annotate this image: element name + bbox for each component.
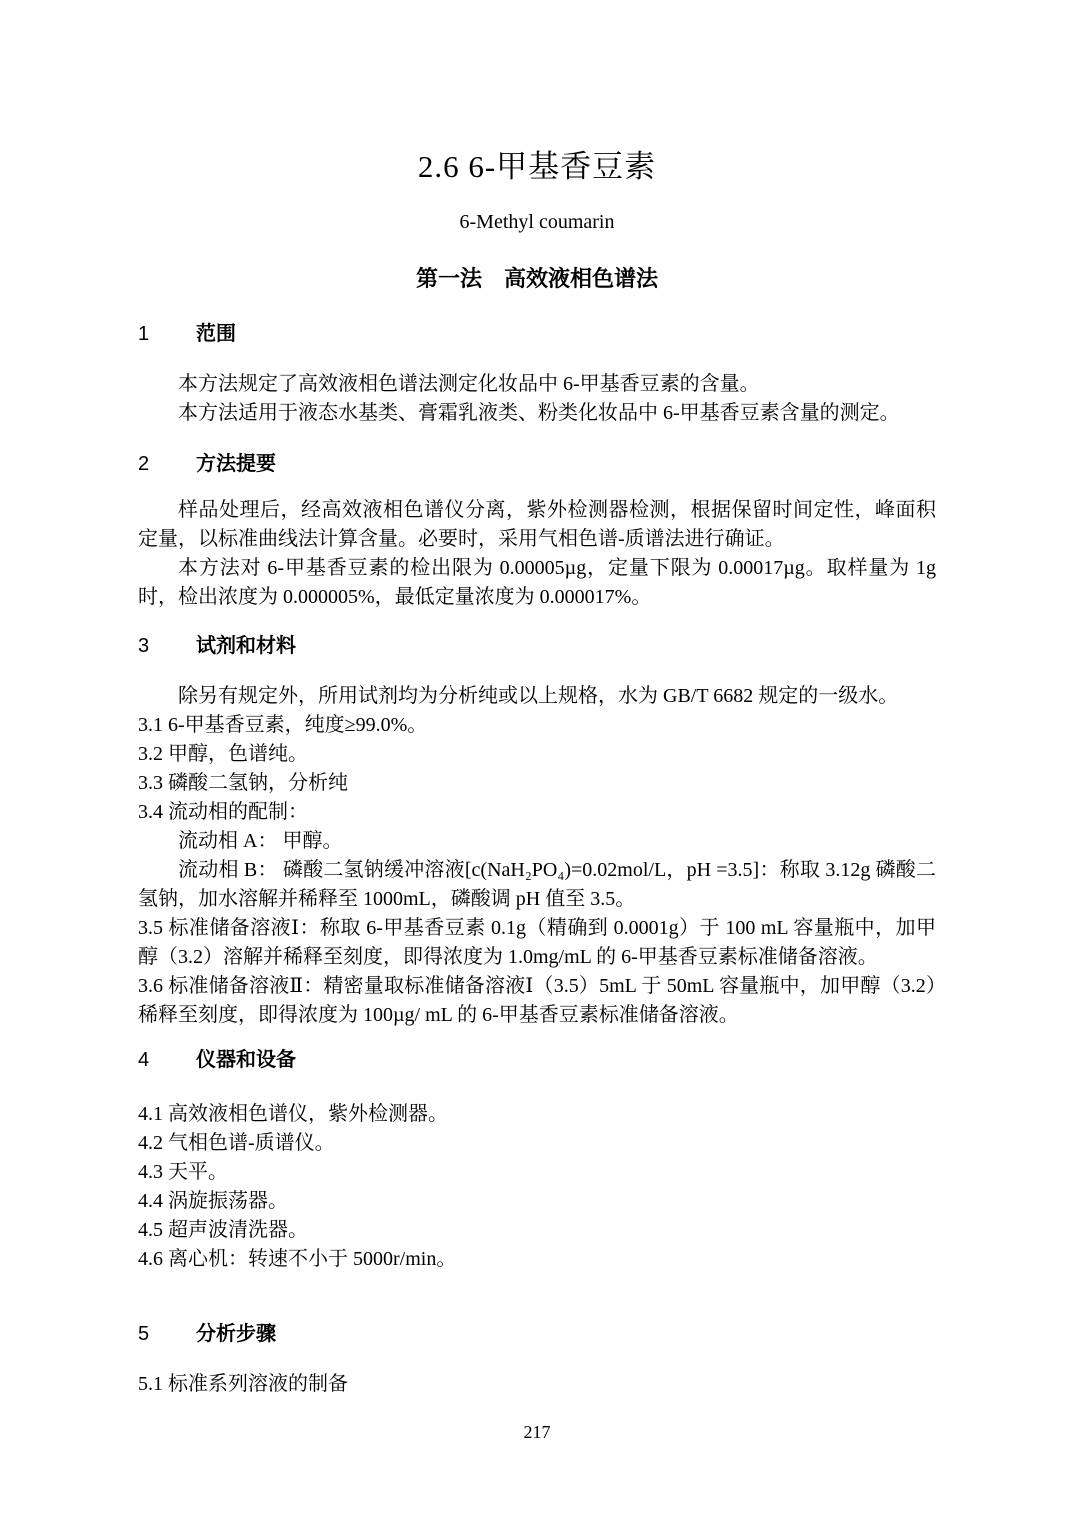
section-4-heading: 4仪器和设备: [138, 1046, 936, 1074]
section-3-number: 3: [138, 632, 196, 660]
list-item: 4.5 超声波清洗器。: [138, 1216, 936, 1245]
document-title: 2.6 6-甲基香豆素: [138, 146, 936, 188]
paragraph: 本方法适用于液态水基类、膏霜乳液类、粉类化妆品中 6-甲基香豆素含量的测定。: [138, 399, 936, 428]
section-2-number: 2: [138, 450, 196, 478]
document-subtitle: 6-Methyl coumarin: [138, 208, 936, 236]
document-page: 2.6 6-甲基香豆素 6-Methyl coumarin 第一法 高效液相色谱…: [0, 0, 1074, 1520]
section-5-number: 5: [138, 1320, 196, 1348]
section-2-body: 样品处理后，经高效液相色谱仪分离，紫外检测器检测，根据保留时间定性，峰面积定量，…: [138, 496, 936, 612]
section-3-heading: 3试剂和材料: [138, 632, 936, 660]
list-item: 4.3 天平。: [138, 1158, 936, 1187]
section-5-title: 分析步骤: [196, 1323, 276, 1345]
section-3-body: 除另有规定外，所用试剂均为分析纯或以上规格，水为 GB/T 6682 规定的一级…: [138, 682, 936, 1030]
section-1-number: 1: [138, 320, 196, 348]
section-4-number: 4: [138, 1046, 196, 1074]
section-4-title: 仪器和设备: [196, 1049, 296, 1071]
method-heading: 第一法 高效液相色谱法: [138, 264, 936, 294]
list-item: 3.1 6-甲基香豆素，纯度≥99.0%。: [138, 711, 936, 740]
section-1-body: 本方法规定了高效液相色谱法测定化妆品中 6-甲基香豆素的含量。 本方法适用于液态…: [138, 370, 936, 428]
list-item: 4.2 气相色谱-质谱仪。: [138, 1129, 936, 1158]
list-item: 4.4 涡旋振荡器。: [138, 1187, 936, 1216]
list-item: 4.6 离心机：转速不小于 5000r/min。: [138, 1245, 936, 1274]
list-item: 3.3 磷酸二氢钠，分析纯: [138, 769, 936, 798]
list-item: 3.5 标准储备溶液Ⅰ：称取 6-甲基香豆素 0.1g（精确到 0.0001g）…: [138, 914, 936, 972]
section-5-heading: 5分析步骤: [138, 1320, 936, 1348]
list-item: 流动相 A： 甲醇。: [138, 827, 936, 856]
section-3-title: 试剂和材料: [196, 635, 296, 657]
section-1-title: 范围: [196, 323, 236, 345]
list-item: 3.6 标准储备溶液Ⅱ：精密量取标准储备溶液Ⅰ（3.5）5mL 于 50mL 容…: [138, 972, 936, 1030]
list-item: 5.1 标准系列溶液的制备: [138, 1370, 936, 1399]
paragraph: 本方法对 6-甲基香豆素的检出限为 0.00005µg，定量下限为 0.0001…: [138, 554, 936, 612]
list-item: 3.4 流动相的配制：: [138, 798, 936, 827]
section-1-heading: 1范围: [138, 320, 936, 348]
paragraph: 除另有规定外，所用试剂均为分析纯或以上规格，水为 GB/T 6682 规定的一级…: [138, 682, 936, 711]
section-4-body: 4.1 高效液相色谱仪，紫外检测器。 4.2 气相色谱-质谱仪。 4.3 天平。…: [138, 1100, 936, 1274]
section-5-body: 5.1 标准系列溶液的制备: [138, 1370, 936, 1399]
list-item: 流动相 B： 磷酸二氢钠缓冲溶液[c(NaH₂PO₄)=0.02mol/L，pH…: [138, 856, 936, 914]
section-2-title: 方法提要: [196, 453, 276, 475]
page-number: 217: [138, 1419, 936, 1445]
section-2-heading: 2方法提要: [138, 450, 936, 478]
paragraph: 样品处理后，经高效液相色谱仪分离，紫外检测器检测，根据保留时间定性，峰面积定量，…: [138, 496, 936, 554]
list-item: 3.2 甲醇，色谱纯。: [138, 740, 936, 769]
paragraph: 本方法规定了高效液相色谱法测定化妆品中 6-甲基香豆素的含量。: [138, 370, 936, 399]
list-item: 4.1 高效液相色谱仪，紫外检测器。: [138, 1100, 936, 1129]
